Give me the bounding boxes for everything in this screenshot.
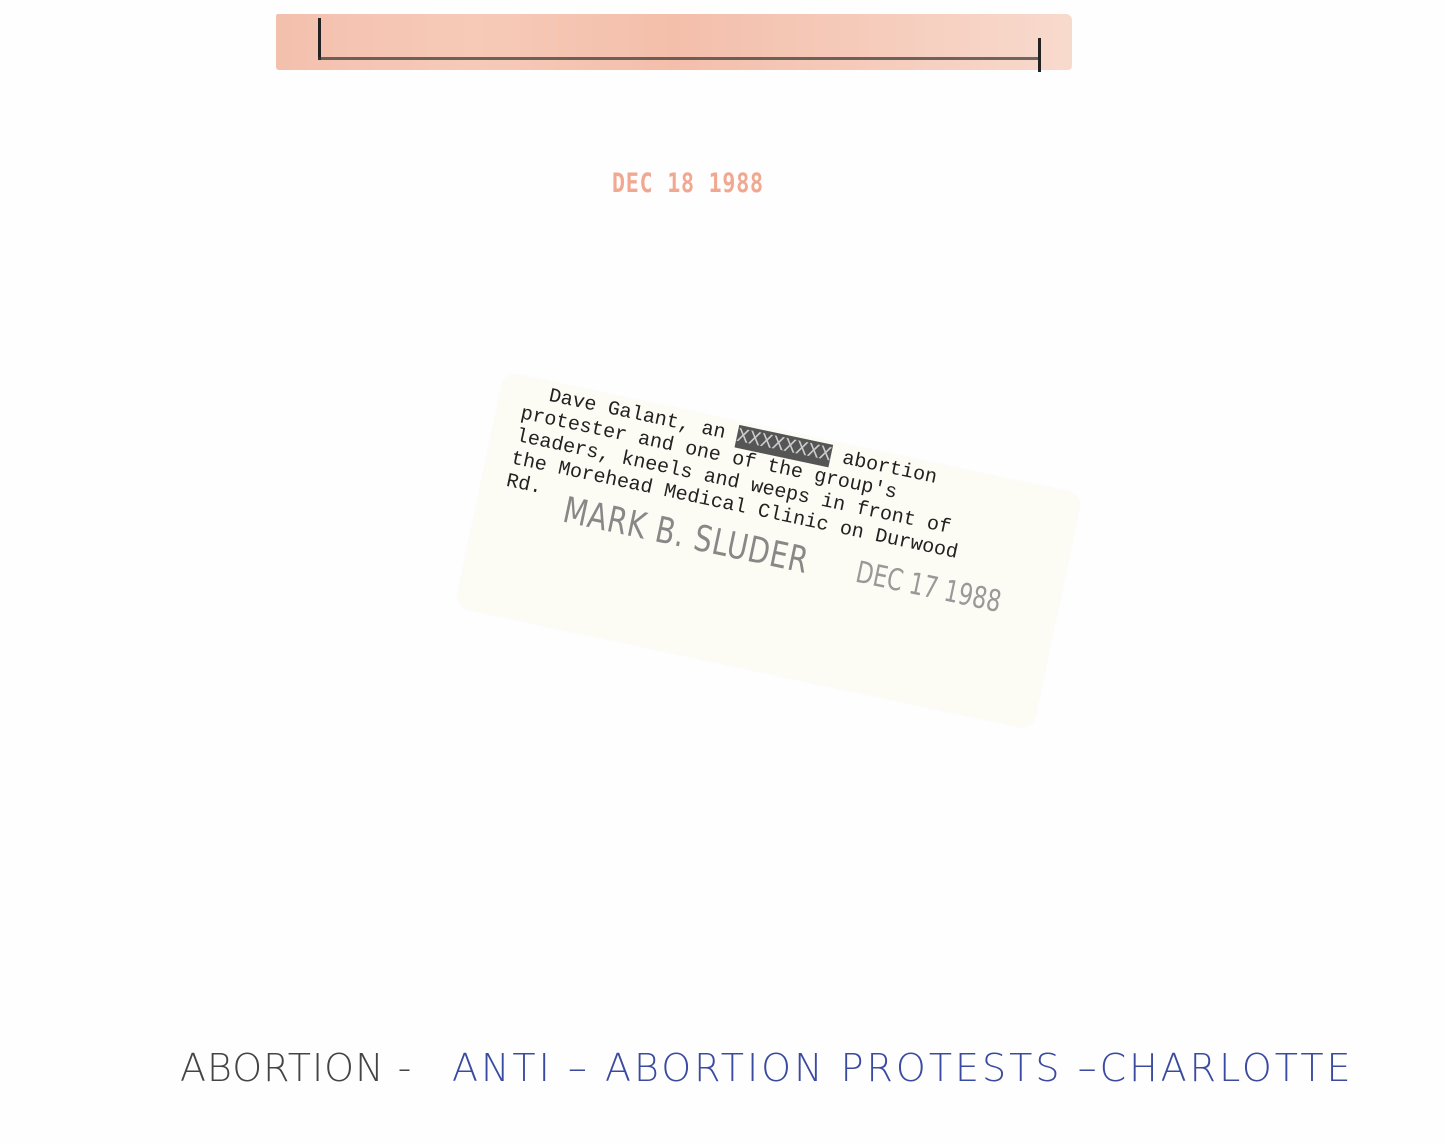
crop-mark-bottom <box>318 57 1038 60</box>
adhesive-tape-strip <box>276 14 1072 70</box>
received-date-stamp: DEC 18 1988 <box>612 168 764 199</box>
handwritten-category: ABORTION - <box>180 1046 412 1090</box>
crop-mark-left <box>318 18 321 60</box>
crop-mark-right <box>1038 38 1041 72</box>
handwritten-subject: ANTI – ABORTION PROTESTS –CHARLOTTE <box>452 1046 1354 1090</box>
